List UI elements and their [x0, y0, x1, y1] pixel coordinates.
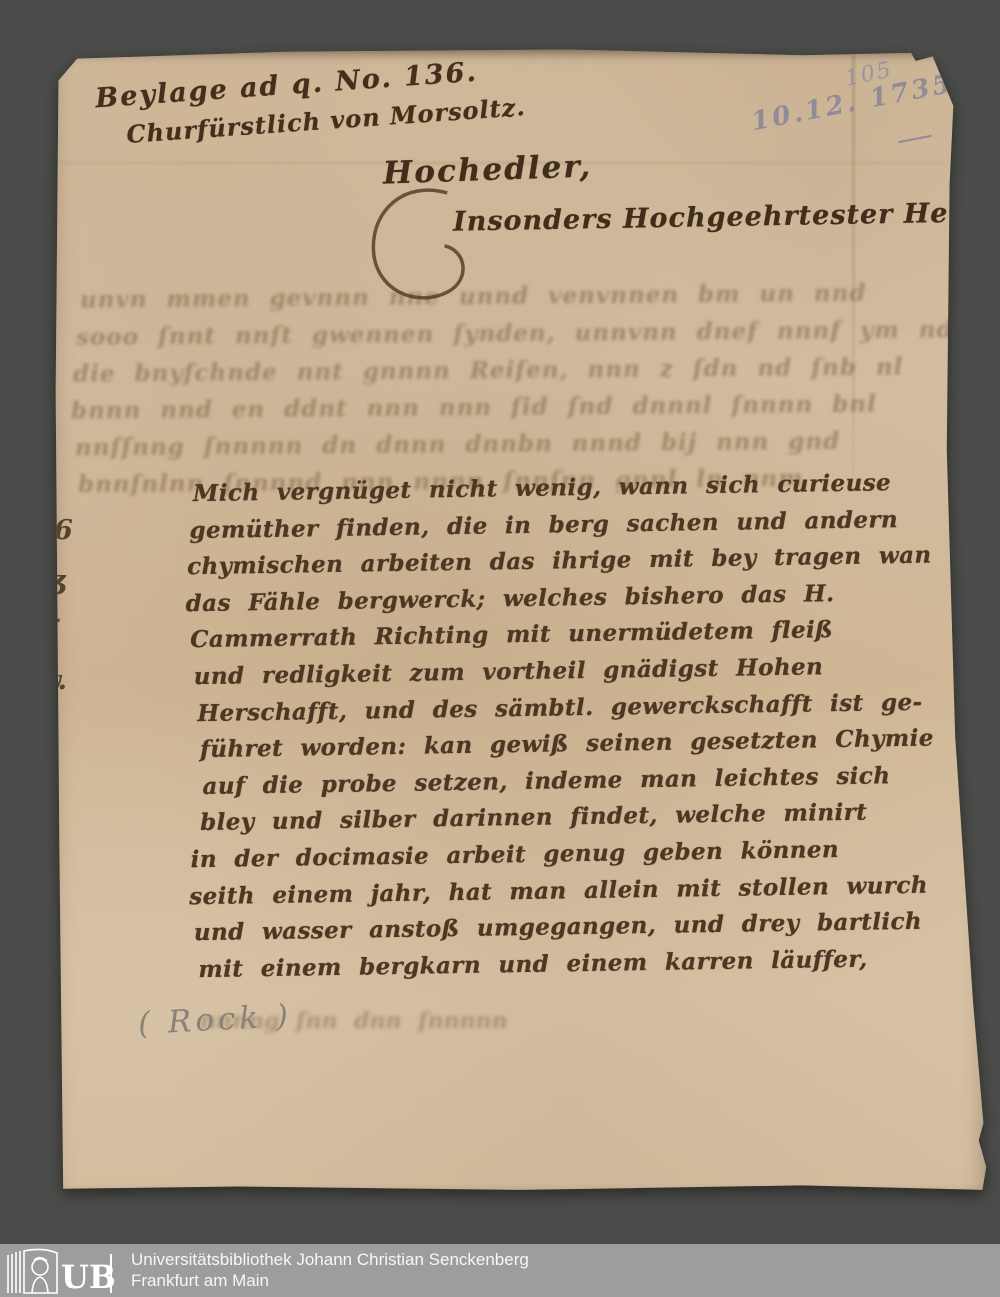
- letter-body-line: seith einem jahr, hat man allein mit sto…: [189, 871, 928, 910]
- letter-body-line: Mich vergnüget nicht wenig, wann sich cu…: [193, 469, 892, 507]
- letter-body-line: und redligkeit zum vortheil gnädigst Hoh…: [194, 653, 824, 690]
- letter-body-line: in der docimasie arbeit genug geben könn…: [190, 836, 839, 873]
- letter-body-line: mit einem bergkarn und einem karren läuf…: [198, 945, 868, 983]
- letter-body-line: bley und silber darinnen findet, welche …: [200, 799, 868, 836]
- letter-body-line: auf die probe setzen, indeme man leichte…: [202, 762, 890, 800]
- svg-text:UB: UB: [61, 1258, 116, 1295]
- library-city: Frankfurt am Main: [131, 1270, 529, 1291]
- library-banner-text: Universitätsbibliothek Johann Christian …: [131, 1249, 529, 1291]
- letter-body-line: Cammerrath Richting mit unermüdetem flei…: [190, 616, 833, 653]
- ub-library-logo-icon: UB: [5, 1246, 117, 1295]
- letter-body-line: gemüther finden, die in berg sachen und …: [189, 506, 898, 544]
- scan-viewer: unvn mmen gevnnn nne unnd venvnnen bm un…: [0, 0, 1000, 1297]
- edge-ink-mark: y.: [45, 665, 67, 696]
- edge-ink-mark: ʒ: [50, 565, 65, 596]
- edge-ink-mark: ʃ: [47, 615, 56, 646]
- letter-body-line: das Fähle bergwerck; welches bishero das…: [185, 580, 834, 617]
- letter-body-line: führet worden: kan gewiß seinen gesetzte…: [200, 725, 934, 764]
- letter-body-line: Herschafft, und des sämbtl. gewerckschaf…: [197, 688, 922, 726]
- letter-body-line: und wasser anstoß umgegangen, und drey b…: [194, 908, 923, 946]
- letter-body-line: chymischen arbeiten das ihrige mit bey t…: [187, 542, 932, 581]
- manuscript-page: unvn mmen gevnnn nne unnd venvnnen bm un…: [50, 46, 990, 1198]
- paper-shadow-wrap: unvn mmen gevnnn nne unnd venvnnen bm un…: [0, 0, 1000, 1297]
- edge-ink-mark: 6: [54, 515, 73, 546]
- library-name: Universitätsbibliothek Johann Christian …: [131, 1249, 529, 1270]
- library-banner: UB Universitätsbibliothek Johann Christi…: [0, 1244, 1000, 1297]
